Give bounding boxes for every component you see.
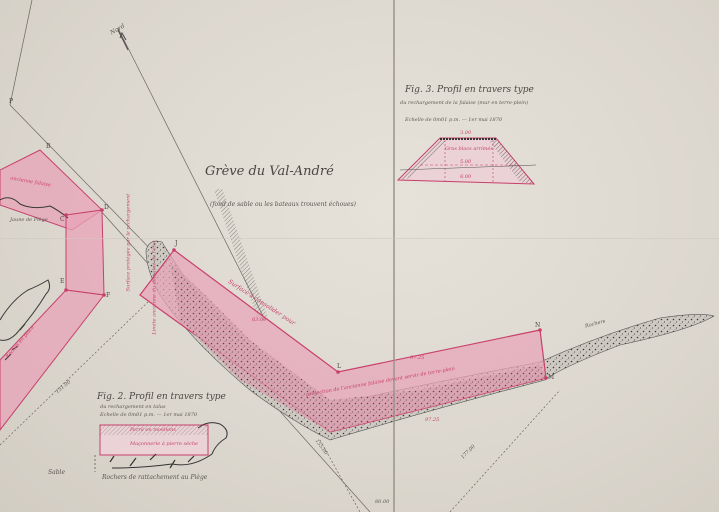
paper-fold-horizontal <box>0 238 719 239</box>
fig2-inner-body: Maçonnerie à pierre sèche <box>130 442 198 447</box>
fig3-dim-bottom: 8.00 <box>460 175 471 180</box>
point-P: P <box>9 98 13 105</box>
point-L: L <box>337 363 341 370</box>
fig3-scale: Echelle de 0m01 p.m. — 1er mai 1870 <box>405 118 502 123</box>
point-N: N <box>535 322 540 329</box>
dim-bottom-LN: 97.25 <box>425 418 439 423</box>
point-D: D <box>104 204 109 211</box>
fig2-scale: Echelle de 0m01 p.m. — 1er mai 1870 <box>100 413 197 418</box>
fig3-inner-label: Gros blocs arrimés <box>445 147 493 152</box>
fig3-dim-top: 3.00 <box>460 131 471 136</box>
historic-plan-map: Grève du Val-André (fond de sable ou les… <box>0 0 719 512</box>
rocks-label: Jaune de Piège <box>10 218 48 223</box>
point-C: C <box>60 216 65 223</box>
point-B: B <box>46 143 50 150</box>
fig3-caption: du rechargement de la falaise (mur en te… <box>400 101 528 106</box>
point-F: F <box>106 292 110 299</box>
dim-diag-3: 80.00 <box>375 500 389 505</box>
north-arrow <box>118 30 128 50</box>
map-drawing <box>0 0 719 512</box>
sand-label: Sable <box>48 470 65 476</box>
point-J: J <box>175 240 177 247</box>
fig3-title: Fig. 3. Profil en travers type <box>405 86 534 95</box>
fig2-footer: Rochers de rattachement au Piège <box>102 475 207 481</box>
fig3-dim-mid: 5.00 <box>460 160 471 165</box>
fig2-inner-top: Perré en moellons <box>130 428 176 433</box>
map-title: Grève du Val-André <box>205 165 334 178</box>
fig2-title: Fig. 2. Profil en travers type <box>97 393 226 402</box>
point-M: M <box>548 374 554 381</box>
fig2-caption: du rechargement en talus <box>100 405 166 410</box>
band-left-vertical-label: Surface protégée par le rechargement <box>126 194 131 292</box>
mid-note: Limite ancienne du domaine de l'état <box>153 240 158 334</box>
dim-top-LN: 97.25 <box>410 356 424 361</box>
dim-JL: 63.00 <box>252 318 266 323</box>
left-wall <box>0 150 104 430</box>
paper-fold-vertical <box>393 0 395 512</box>
map-subtitle: (fond de sable ou les bateaux trouvent é… <box>210 202 356 208</box>
point-E: E <box>60 278 64 285</box>
